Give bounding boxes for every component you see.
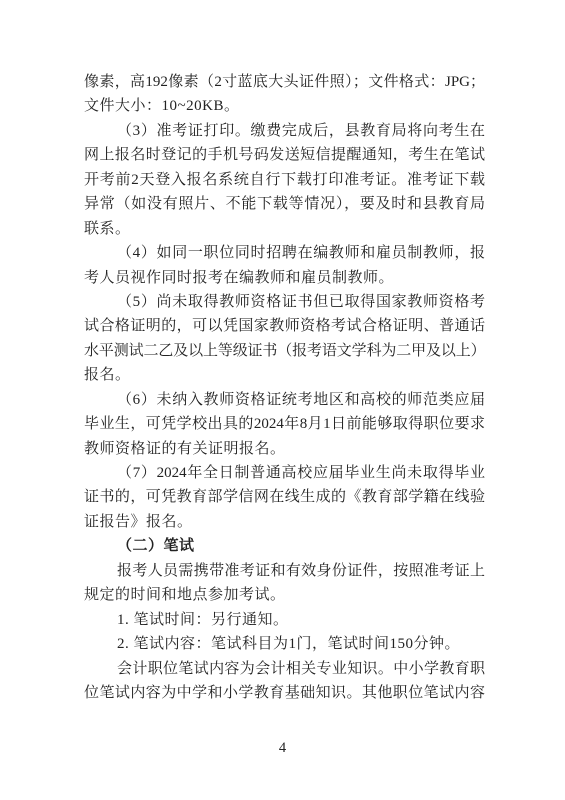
page-number: 4 [0, 740, 565, 757]
text-line: 试合格证明的，可以凭国家教师资格考试合格证明、普通话 [84, 314, 485, 338]
text-line: （7）2024年全日制普通高校应届毕业生尚未取得毕业 [84, 461, 485, 485]
text-line: 位笔试内容为中学和小学教育基础知识。其他职位笔试内容 [84, 681, 485, 705]
text-line: 联系。 [84, 217, 485, 241]
text-line: 证报告》报名。 [84, 510, 485, 534]
text-line: 文件大小：10~20KB。 [84, 94, 485, 118]
text-line: 1. 笔试时间：另行通知。 [84, 608, 485, 632]
text-line: 水平测试二乙及以上等级证书（报考语文学科为二甲及以上） [84, 339, 485, 363]
text-line: 2. 笔试内容：笔试科目为1门，笔试时间150分钟。 [84, 632, 485, 656]
text-line: 毕业生，可凭学校出具的2024年8月1日前能够取得职位要求 [84, 412, 485, 436]
text-line: （5）尚未取得教师资格证书但已取得国家教师资格考 [84, 290, 485, 314]
text-line: 报名。 [84, 363, 485, 387]
document-page: 像素，高192像素（2寸蓝底大头证件照）；文件格式：JPG；文件大小：10~20… [0, 0, 565, 800]
text-line: 会计职位笔试内容为会计相关专业知识。中小学教育职 [84, 657, 485, 681]
section-heading: （二）笔试 [84, 534, 485, 558]
text-line: 规定的时间和地点参加考试。 [84, 583, 485, 607]
document-body: 像素，高192像素（2寸蓝底大头证件照）；文件格式：JPG；文件大小：10~20… [84, 70, 485, 705]
text-line: 教师资格证的有关证明报名。 [84, 437, 485, 461]
text-line: 证书的，可凭教育部学信网在线生成的《教育部学籍在线验 [84, 485, 485, 509]
text-line: （6）未纳入教师资格证统考地区和高校的师范类应届 [84, 388, 485, 412]
text-line: 像素，高192像素（2寸蓝底大头证件照）；文件格式：JPG； [84, 70, 485, 94]
text-line: 异常（如没有照片、不能下载等情况），要及时和县教育局 [84, 192, 485, 216]
text-line: 考人员视作同时报考在编教师和雇员制教师。 [84, 266, 485, 290]
text-line: 报考人员需携带准考证和有效身份证件，按照准考证上 [84, 559, 485, 583]
text-line: （3）准考证打印。缴费完成后，县教育局将向考生在 [84, 119, 485, 143]
text-line: （4）如同一职位同时招聘在编教师和雇员制教师，报 [84, 241, 485, 265]
text-line: 开考前2天登入报名系统自行下载打印准考证。准考证下载 [84, 168, 485, 192]
text-line: 网上报名时登记的手机号码发送短信提醒通知，考生在笔试 [84, 143, 485, 167]
